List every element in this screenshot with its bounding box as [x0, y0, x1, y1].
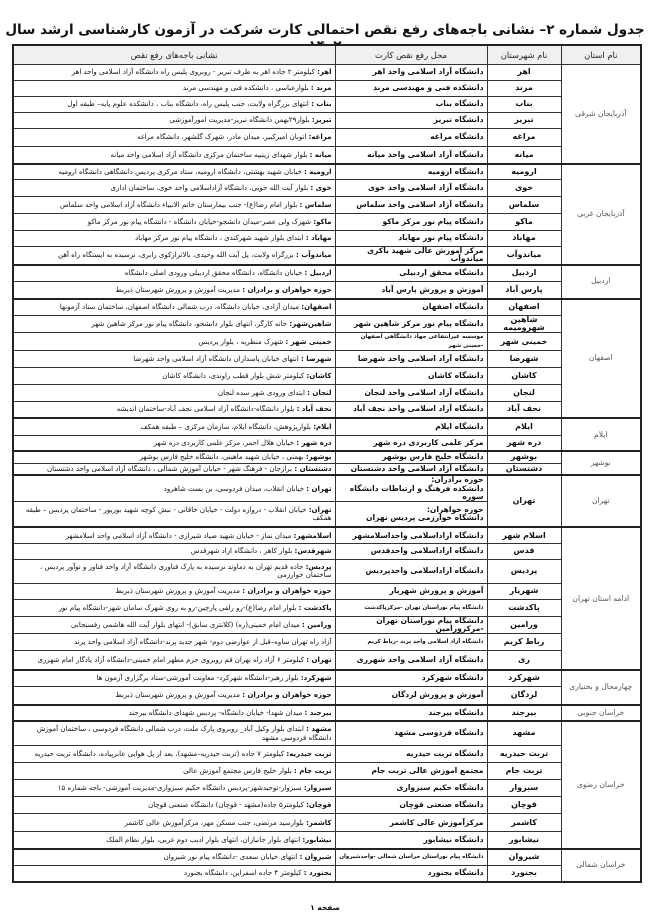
city-cell: لنجان [487, 384, 561, 401]
address-label: بناب : [311, 100, 331, 108]
address-label: کاشمر: [306, 819, 331, 827]
table-header-row: نام استان نام شهرستان محل رفع نقص کارت ن… [13, 45, 641, 65]
address-text: میدان امام خمینی(ره) (کلانتری سابق)- انت… [71, 621, 302, 629]
address-label: شهرضا : [301, 355, 332, 363]
address-cell: سبزوار: سبزوار-توحیدشهر-پردیس دانشگاه حک… [13, 780, 335, 797]
address-text: کیلومتر شش بلوار قطب راوندی، دانشگاه کاش… [162, 372, 306, 380]
place-name: دانشگاه صنعتی قوچان [339, 801, 484, 809]
table-row: ادامه استان تهراناسلام شهردانشگاه ازاداس… [13, 527, 641, 543]
address-cell: اردبیل : خیابان دانشگاه، دانشگاه محقق ار… [13, 265, 335, 282]
table-row: خمینی شهرموسسه غیرانتفاعی جهاد دانشگاهی … [13, 333, 641, 350]
place-name: مرکز آموزش عالی شهید باکری میاندوآب [339, 247, 484, 263]
place-name: دانشگاه ازاداسلامی واحدپردیس [339, 567, 484, 575]
place-name: دانشگاه حکیم سبزواری [339, 784, 484, 792]
province-cell: ادامه استان تهران [561, 527, 641, 669]
place-cell: دانشگاه ازاداسلامی واحدقدس [335, 543, 487, 559]
place-name: دانشگاه ازاداسلامی واحدقدس [339, 547, 484, 555]
place-name: دانشگاه مراغه [339, 133, 484, 141]
place-name: دانشگاه بجنورد [339, 869, 484, 877]
table-row: اصفهاناصفهاندانشگاه اصفهاناصفهان: میدان … [13, 299, 641, 316]
city-cell: کاشمر [487, 814, 561, 832]
table-row: تربت جاممجتمع اموزش عالی تربت جامتربت جا… [13, 763, 641, 780]
place-name: دانشگاه کاشان [339, 372, 484, 380]
address-label: خمینی شهر : [285, 338, 331, 346]
address-cell: سلماس : بلوار امام رضا(ع)- جنب بیمارستان… [13, 197, 335, 214]
address-cell: مشهد : ابتدای بلوار وکیل آباد_ روبروی پا… [13, 721, 335, 746]
address-label: دشتستان : [294, 465, 331, 473]
address-label: مهاباد : [306, 234, 332, 242]
address-cell: تبریز: بلوار۲۹بهمن دانشگاه تبریز-مدیریت … [13, 113, 335, 129]
place-name: آموزش و پرورش شهریار [339, 587, 484, 595]
address-text: اتوبان امیرکبیر، میدان مادر، شهرک گلشهر،… [137, 133, 309, 141]
address-cell: اهر: کیلومتر ۲ جاده اهر به طرف تبریز - ر… [13, 65, 335, 81]
address-text: انتهای خیابان پاسداران دانشگاه آزاد اسلا… [133, 355, 301, 363]
table-row: تربت حیدریهدانشگاه تربت حیدریهتربت حیدری… [13, 746, 641, 763]
table-row: ریدانشگاه آزاد اسلامی واحد شهرریتهران : … [13, 651, 641, 670]
address-text: بلوارسید مرتضی، جنب مسکن مهر، مرکزآموزش … [125, 819, 307, 827]
address-text: خیابان انقلاب، میدان فردوسی، بن بست شاهر… [164, 485, 307, 493]
city-cell: مشهد [487, 721, 561, 746]
address-cell: تربت جام : بلوار خلیج فارس مجتمع آموزش ع… [13, 763, 335, 780]
address-label: تهران: [309, 506, 332, 514]
province-cell: تهران [561, 475, 641, 527]
place-cell: دانشگاه صنعتی قوچان [335, 797, 487, 814]
place-cell: دانشگاه شهرکرد [335, 670, 487, 687]
address-label: قوچان: [306, 801, 331, 809]
address-text: مدیریت آموزش و پرورش شهرستان ذیربط [115, 286, 242, 294]
city-cell: اردبیل [487, 265, 561, 282]
place-name: دانشگاه پیام نور مرکز شاهین شهر [339, 320, 484, 328]
city-cell: بجنورد [487, 866, 561, 882]
address-label: میانه : [310, 151, 332, 159]
place-name: دانشگاه فردوسی مشهد [339, 729, 484, 737]
address-cell: شیروان : انتهای خیابان سعدی -دانشگاه پیا… [13, 849, 335, 866]
address-text: ابتدای بلوار وکیل آباد_ روبروی پارک ملت،… [37, 725, 332, 741]
place-name: دانشگاه تربت حیدریه [339, 750, 484, 758]
city-cell: پاکدشت [487, 599, 561, 616]
address-cell: حوزه خواهران و برادران : مدیریت آموزش و … [13, 282, 335, 299]
table-row: اردبیلاردبیلدانشگاه محقق اردبیلیاردبیل :… [13, 265, 641, 282]
address-cell: تهران: خیابان انقلاب - دروازه دولت - خیا… [13, 501, 335, 527]
place-name: دانشگاه پیام نوراستان تهران -مرکزورامین [339, 617, 484, 633]
address-text: خیابان انقلاب - دروازه دولت - خیابان خاق… [26, 506, 332, 522]
place-cell: دانشگاه اصفهان [335, 299, 487, 316]
table-row: تهرانتهرانحوزه برادران:دانشکده فرهنگ و ا… [13, 475, 641, 501]
address-cell: تهران : خیابان انقلاب، میدان فردوسی، بن … [13, 475, 335, 501]
place-name: دانشگاه ایلام [339, 423, 484, 431]
address-cell: دشتستان : برازجان - فرهنگ شهر - خیابان آ… [13, 463, 335, 475]
page-number: صفحه ۱ [0, 903, 650, 912]
city-cell: میاندوآب [487, 247, 561, 265]
city-cell: شهرکرد [487, 670, 561, 687]
place-cell: دانشکده فنی و مهندسی مرند [335, 81, 487, 97]
address-text: سبزوار-توحیدشهر-پردیس دانشگاه حکیم سبزوا… [58, 784, 304, 792]
address-text: بلوار رهبر-دانشگاه شهرکرد- معاونت آموزشی… [96, 674, 300, 682]
place-cell: آموزش و پرورش لردگان [335, 687, 487, 705]
address-text: میدان شهدا- خیابان دانشگاه- پردیس شهدای … [129, 709, 305, 717]
address-cell: اصفهان: میدان آزادی، خیابان دانشگاه، درب… [13, 299, 335, 316]
place-name: دانشگاه پیام نور مهاباد [339, 234, 484, 242]
city-cell: بیرجند [487, 705, 561, 721]
place-cell: آموزش و پرورش پارس آباد [335, 282, 487, 299]
place-name: دانشگاه آزاد اسلامی واحد پرند -رباط کریم [339, 638, 484, 646]
address-text: انتهای بزرگراه ولایت، جنب پلیس راه، دانش… [67, 100, 311, 108]
address-cell: دره شهر : خیابان هلال احمر، مرکز علمی کا… [13, 435, 335, 451]
city-cell: مهاباد [487, 231, 561, 247]
address-cell: حوزه خواهران و برادران : مدیریت آموزش و … [13, 687, 335, 705]
address-label: بیرجند : [304, 709, 331, 717]
table-row: ایلامایلامدانشگاه ایلامایلام: بلوارپژوهش… [13, 418, 641, 435]
province-cell: ایلام [561, 418, 641, 451]
place-cell: دانشگاه مراغه [335, 129, 487, 147]
address-cell: تهران : کیلومتر ۶ آزاد راه تهران قم روبر… [13, 651, 335, 670]
address-text: کیلومتر ۶ آزاد راه تهران قم روبروی حرم م… [38, 656, 307, 664]
address-label: ماکو: [313, 218, 331, 226]
place-name: دانشگاه محقق اردبیلی [339, 269, 484, 277]
address-cell: ورامین : میدان امام خمینی(ره) (کلانتری س… [13, 616, 335, 633]
address-label: بوشهر: [306, 453, 332, 461]
table-row: نیشابوردانشگاه نیشابورنیشابور: انتهای بل… [13, 832, 641, 849]
place-cell: دانشگاه بجنورد [335, 866, 487, 882]
address-cell: شهرقدس: بلوار کاهر ، دانشگاه ازاد شهرقدس [13, 543, 335, 559]
address-label: تربت جام : [294, 767, 332, 775]
address-label: ورامین : [302, 621, 332, 629]
place-cell: دانشگاه ازاداسلامی واحداسلامشهر [335, 527, 487, 543]
place-name: دانشگاه آزاد اسلامی واحد خوی [339, 184, 484, 192]
address-label: نجف آباد : [297, 405, 332, 413]
address-cell: کاشمر: بلوارسید مرتضی، جنب مسکن مهر، مرک… [13, 814, 335, 832]
city-cell: اصفهان [487, 299, 561, 316]
place-cell: دانشگاه نیشابور [335, 832, 487, 849]
province-cell: چهارمحال و بختیاری [561, 670, 641, 705]
address-label: شهرقدس: [295, 547, 332, 555]
city-cell: دره شهر [487, 435, 561, 451]
place-name: دانشگاه پیام نوراستان تهران -مرکزپاکدشت [339, 604, 484, 612]
city-cell: ری [487, 651, 561, 670]
address-text: آزاد راه تهران ساوه–قبل از عوارضی دوم- ش… [74, 638, 332, 646]
address-text: بلوار کاهر ، دانشگاه ازاد شهرقدس [191, 547, 295, 555]
address-cell: ایلام: بلوارپژوهش، دانشگاه ایلام، سازمان… [13, 418, 335, 435]
place-name: دانشگاه نیشابور [339, 836, 484, 844]
address-cell: بیرجند : میدان شهدا- خیابان دانشگاه- پرد… [13, 705, 335, 721]
place-name: دانشگاه آزاد اسلامی واحد میانه [339, 151, 484, 159]
address-text: بلوار آیت الله خویی، دانشگاه آزاداسلامی … [111, 184, 311, 192]
table-row: تبریزدانشگاه تبریزتبریز: بلوار۲۹بهمن دان… [13, 113, 641, 129]
address-label: سبزوار: [304, 784, 332, 792]
table-row: لنجاندانشگاه آزاد اسلامی واحد لنجانلنجان… [13, 384, 641, 401]
place-cell: دانشگاه آزاد اسلامی واحد لنجان [335, 384, 487, 401]
address-text: بزرگراه ولایت، پل آیت الله وحیدی، بالاتر… [58, 251, 296, 259]
address-text: بلوارپژوهش، دانشگاه ایلام، سازمان مرکزی … [141, 423, 314, 431]
address-cell: ارومیه : خیابان شهید بهشتی، دانشگاه اروم… [13, 164, 335, 180]
table-row: قوچاندانشگاه صنعتی قوچانقوچان: کیلومتر۵ … [13, 797, 641, 814]
address-label: شاهین‌شهر: [289, 320, 331, 328]
city-cell: بوشهر [487, 451, 561, 463]
address-cell: کاشان: کیلومتر شش بلوار قطب راوندی، دانش… [13, 367, 335, 384]
place-cell: دانشگاه محقق اردبیلی [335, 265, 487, 282]
province-cell: آذربایجان شرقی [561, 65, 641, 164]
place-name: دانشگاه آزاد اسلامی واحد اهر [339, 68, 484, 76]
address-label: مشهد : [306, 725, 331, 733]
address-label: ایلام: [313, 423, 331, 431]
table-row: مراغهدانشگاه مراغهمراغه: اتوبان امیرکبیر… [13, 129, 641, 147]
address-label: شیروان : [299, 853, 331, 861]
place-cell: دانشگاه پیام نور مهاباد [335, 231, 487, 247]
place-name: آموزش و پرورش لردگان [339, 691, 484, 699]
place-cell: دانشگاه بیرجند [335, 705, 487, 721]
city-cell: تهران [487, 475, 561, 527]
place-cell: دانشگاه ارومیه [335, 164, 487, 180]
place-cell: مجتمع اموزش عالی تربت جام [335, 763, 487, 780]
address-label: نیشابور: [302, 836, 331, 844]
table-row: شاهین شهرومیمهدانشگاه پیام نور مرکز شاهی… [13, 316, 641, 333]
city-cell: سبزوار [487, 780, 561, 797]
place-name: مرکز علمی کاربردی دره شهر [339, 439, 484, 447]
address-cell: بجنورد : کیلومتر ۴ جاده اسفراین، دانشگاه… [13, 866, 335, 882]
address-cell: تربت حیدریه: کیلومتر ۷ جاده (تربت حیدریه… [13, 746, 335, 763]
table-row: نجف آباددانشگاه آزاد اسلامی واحد نجف آبا… [13, 401, 641, 418]
city-cell: تربت جام [487, 763, 561, 780]
place-name: دانشکده فنی و مهندسی مرند [339, 84, 484, 92]
city-cell: تربت حیدریه [487, 746, 561, 763]
place-name: دانشگاه آزاد اسلامی واحد شهرضا [339, 355, 484, 363]
place-cell: دانشگاه تبریز [335, 113, 487, 129]
address-text: خیابان شهید بهشتی، دانشگاه ارومیه، ستاد … [58, 168, 304, 176]
place-cell: دانشگاه تربت حیدریه [335, 746, 487, 763]
address-cell: مهاباد : ابتدای بلوار شهید شهرکندی ، دان… [13, 231, 335, 247]
address-label: لنجان : [307, 389, 331, 397]
address-cell: مراغه: اتوبان امیرکبیر، میدان مادر، شهرک… [13, 129, 335, 147]
address-label: بجنورد : [304, 869, 332, 877]
table-row: لردگانآموزش و پرورش لردگانحوزه خواهران و… [13, 687, 641, 705]
table-row: بنابدانشگاه بناببناب : انتهای بزرگراه ول… [13, 97, 641, 113]
address-text: انتهای بلوار جانبازان، انتهای بلوار ادیب… [106, 836, 302, 844]
place-name: دانشگاه آزاد اسلامی واحد شهرری [339, 656, 484, 664]
table-row: سلماسدانشگاه آزاد اسلامی واحد سلماسسلماس… [13, 197, 641, 214]
place-cell: دانشگاه پیام نوراستان تهران -مرکزپاکدشت [335, 599, 487, 616]
address-text: میدان آزادی، خیابان دانشگاه، درب شمالی د… [60, 303, 301, 311]
table-row: خراسان رضویمشهددانشگاه فردوسی مشهدمشهد :… [13, 721, 641, 746]
city-cell: ایلام [487, 418, 561, 435]
address-label: حوزه خواهران و برادران : [242, 691, 331, 699]
address-text: میدان نماز - خیابان شهید صیاد شیرازی - د… [66, 532, 294, 540]
address-text: کیلومتر ۷ جاده (تربت حیدریه–مشهد)، بعد ا… [35, 750, 287, 758]
table-row: آذربایجان شرقیاهردانشگاه آزاد اسلامی واح… [13, 65, 641, 81]
address-cell: ماکو: شهرک ولی عصر-میدان دانشجو-خیابان د… [13, 214, 335, 231]
address-text: ابتدای بلوار شهید شهرکندی ، دانشگاه پیام… [135, 234, 306, 242]
place-cell: دانشگاه کاشان [335, 367, 487, 384]
table-row: بوشهربوشهردانشگاه خلیج فارس بوشهربوشهر: … [13, 451, 641, 463]
table-row: خراسان شمالیشیرواندانشگاه پیام نوراستان … [13, 849, 641, 866]
place-cell: دانشگاه آزاد اسلامی واحد نجف آباد [335, 401, 487, 418]
place-name: دانشگاه اصفهان [339, 303, 484, 311]
address-text: جاده قدیم تهران به دماوند نرسیده به پارک… [40, 563, 332, 579]
place-cell: آموزش و پرورش شهریار [335, 583, 487, 599]
city-cell: خمینی شهر [487, 333, 561, 350]
address-text: بلوار امام رضا(ع)-رو رلفی پارچین-رو به ر… [59, 604, 299, 612]
header-place: محل رفع نقص کارت [335, 45, 487, 65]
place-cell: دانشگاه آزاد اسلامی واحد شهرری [335, 651, 487, 670]
table-row: شهرضادانشگاه آزاد اسلامی واحد شهرضاشهرضا… [13, 350, 641, 367]
table-row: خویدانشگاه آزاد اسلامی واحد خویخوی : بلو… [13, 180, 641, 197]
address-text: خیابان دانشگاه، دانشگاه محقق اردبیلی ورو… [125, 269, 305, 277]
city-cell: مرند [487, 81, 561, 97]
city-cell: سلماس [487, 197, 561, 214]
province-cell: اصفهان [561, 299, 641, 419]
address-label: تهران : [306, 656, 331, 664]
place-name: دانشگاه آزاد اسلامی واحد دشتستان [339, 465, 484, 473]
address-label: خوی : [310, 184, 331, 192]
city-cell: شهرضا [487, 350, 561, 367]
address-text: برازجان - فرهنگ شهر - خیابان آموزش شمالی… [47, 465, 294, 473]
address-label: پاکدشت : [299, 604, 332, 612]
address-cell: آزاد راه تهران ساوه–قبل از عوارضی دوم- ش… [13, 634, 335, 651]
address-text: انتهای خیابان سعدی -دانشگاه پیام نور شیر… [164, 853, 300, 861]
address-label: دره شهر : [296, 439, 331, 447]
place-name: دانشگاه شهرکرد [339, 674, 484, 682]
city-cell: اهر [487, 65, 561, 81]
table-row: مرنددانشکده فنی و مهندسی مرندمرند : بلوا… [13, 81, 641, 97]
address-text: کیلومتر ۴ جاده اسفراین، دانشگاه بجنورد [184, 869, 304, 877]
city-cell: شاهین شهرومیمه [487, 316, 561, 333]
table-row: دره شهرمرکز علمی کاربردی دره شهردره شهر … [13, 435, 641, 451]
place-cell: حوزه خواهران:دانشگاه خوارزمی پردیس تهران [335, 501, 487, 527]
address-cell: بوشهر: بهمنی ، خیابان شهید ماهینی، دانشگ… [13, 451, 335, 463]
place-name: مجتمع اموزش عالی تربت جام [339, 767, 484, 775]
place-name: مرکزآموزش عالی کاشمر [339, 819, 484, 827]
table-row: ماکودانشگاه پیام نور مرکز ماکوماکو: شهرک… [13, 214, 641, 231]
place-cell: دانشگاه پیام نور مرکز ماکو [335, 214, 487, 231]
place-cell: دانشگاه حکیم سبزواری [335, 780, 487, 797]
address-text: بلوار۲۹بهمن دانشگاه تبریز-مدیریت امورآمو… [169, 116, 312, 124]
table-row: کاشمرمرکزآموزش عالی کاشمرکاشمر: بلوارسید… [13, 814, 641, 832]
place-name: دانشگاه خوارزمی پردیس تهران [339, 514, 484, 522]
address-cell: خمینی شهر : شهرک منظریه ، بلوار پردیس [13, 333, 335, 350]
address-cell: مرند : بلوارعباسی ، دانشکده فنی و مهندسی… [13, 81, 335, 97]
address-label: مرند : [311, 84, 332, 92]
city-cell: مراغه [487, 129, 561, 147]
address-label: اهر: [317, 68, 331, 76]
city-cell: رباط کریم [487, 634, 561, 651]
address-text: بلوار امام رضا(ع)- جنب بیمارستان خاتم ال… [60, 201, 300, 209]
province-cell: خراسان رضوی [561, 721, 641, 849]
address-text: کیلومتر۵ جاده(مشهد - قوچان) دانشگاه صنعت… [148, 801, 306, 809]
place-cell: دانشگاه ایلام [335, 418, 487, 435]
city-cell: قدس [487, 543, 561, 559]
city-cell: اسلام شهر [487, 527, 561, 543]
place-cell: دانشگاه پیام نور مرکز شاهین شهر [335, 316, 487, 333]
place-cell: دانشگاه آزاد اسلامی واحد دشتستان [335, 463, 487, 475]
city-cell: شیروان [487, 849, 561, 866]
address-label: اردبیل : [305, 269, 332, 277]
address-label: سلماس : [300, 201, 332, 209]
address-label: ارومیه : [304, 168, 331, 176]
table-row: چهارمحال و بختیاریشهرکرددانشگاه شهرکردشه… [13, 670, 641, 687]
province-cell: اردبیل [561, 265, 641, 299]
address-label: میاندوآب : [296, 251, 332, 259]
province-cell: آذربایجان غربی [561, 164, 641, 265]
place-name: دانشکده فرهنگ و ارتباطات دانشگاه سوره [339, 485, 484, 501]
place-name: دانشگاه تبریز [339, 116, 484, 124]
place-cell: دانشگاه آزاد اسلامی واحد سلماس [335, 197, 487, 214]
place-name: دانشگاه خلیج فارس بوشهر [339, 453, 484, 461]
header-province: نام استان [561, 45, 641, 65]
kiosk-address-table: نام استان نام شهرستان محل رفع نقص کارت ن… [12, 44, 642, 883]
address-text: ابتدای ورودی شهر سده لنجان [218, 389, 307, 397]
city-cell: نجف آباد [487, 401, 561, 418]
city-cell: قوچان [487, 797, 561, 814]
province-cell: خراسان جنوبی [561, 705, 641, 721]
city-cell: لردگان [487, 687, 561, 705]
header-address: نشانی باجه‌های رفع نقص [13, 45, 335, 65]
table-row: مهاباددانشگاه پیام نور مهابادمهاباد : اب… [13, 231, 641, 247]
place-cell: دانشگاه ازاداسلامی واحدپردیس [335, 559, 487, 583]
address-cell: شهرضا : انتهای خیابان پاسداران دانشگاه آ… [13, 350, 335, 367]
table-row: کاشاندانشگاه کاشانکاشان: کیلومتر شش بلوا… [13, 367, 641, 384]
city-cell: پارس آباد [487, 282, 561, 299]
table-row: شهریارآموزش و پرورش شهریارحوزه خواهران و… [13, 583, 641, 599]
city-cell: نیشابور [487, 832, 561, 849]
table-row: پارس آبادآموزش و پرورش پارس آبادحوزه خوا… [13, 282, 641, 299]
place-cell: دانشگاه خلیج فارس بوشهر [335, 451, 487, 463]
address-cell: بناب : انتهای بزرگراه ولایت، جنب پلیس را… [13, 97, 335, 113]
table-row: میانهدانشگاه آزاد اسلامی واحد میانهمیانه… [13, 147, 641, 164]
table-row: رباط کریمدانشگاه آزاد اسلامی واحد پرند -… [13, 634, 641, 651]
address-label: تربت حیدریه: [286, 750, 331, 758]
table-row: پردیسدانشگاه ازاداسلامی واحدپردیسپردیس: … [13, 559, 641, 583]
place-name: دانشگاه پیام نور مرکز ماکو [339, 218, 484, 226]
address-cell: میانه : بلوار شهدای زینبیه ساختمان مرکزی… [13, 147, 335, 164]
city-cell: تبریز [487, 113, 561, 129]
address-cell: نیشابور: انتهای بلوار جانبازان، انتهای ب… [13, 832, 335, 849]
place-name: دانشگاه آزاد اسلامی واحد لنجان [339, 389, 484, 397]
address-label: شهرکرد: [301, 674, 332, 682]
place-cell: مرکز آموزش عالی شهید باکری میاندوآب [335, 247, 487, 265]
address-text: شهرک منظریه ، بلوار پردیس [199, 338, 286, 346]
address-cell: میاندوآب : بزرگراه ولایت، پل آیت الله وح… [13, 247, 335, 265]
address-cell: شاهین‌شهر: خانه کارگر، انتهای بلوار دانش… [13, 316, 335, 333]
table-row: پاکدشتدانشگاه پیام نوراستان تهران -مرکزپ… [13, 599, 641, 616]
address-cell: حوزه خواهران و برادران : مدیریت آموزش و … [13, 583, 335, 599]
table-row: دشتستاندانشگاه آزاد اسلامی واحد دشتستاند… [13, 463, 641, 475]
address-text: مدیریت آموزش و پرورش شهرستان ذیربط [115, 691, 242, 699]
place-name: موسسه غیرانتفاعی جهاد دانشگاهی اصفهان -خ… [339, 333, 484, 349]
address-label: پردیس: [306, 563, 332, 571]
address-cell: پردیس: جاده قدیم تهران به دماوند نرسیده … [13, 559, 335, 583]
city-cell: پردیس [487, 559, 561, 583]
place-cell: دانشگاه آزاد اسلامی واحد اهر [335, 65, 487, 81]
address-label: اسلامشهر: [294, 532, 332, 540]
address-label: تبریز: [312, 116, 332, 124]
address-label: حوزه خواهران و برادران : [242, 286, 331, 294]
address-label: حوزه خواهران و برادران : [242, 587, 331, 595]
city-cell: کاشان [487, 367, 561, 384]
place-cell: دانشگاه فردوسی مشهد [335, 721, 487, 746]
city-cell: بناب [487, 97, 561, 113]
address-text: خانه کارگر، انتهای بلوار دانشجو، دانشگاه… [91, 320, 289, 328]
place-name: دانشگاه بناب [339, 100, 484, 108]
place-name: دانشگاه پیام نوراستان خراسان شمالی -واحد… [339, 853, 484, 861]
table-row: میاندوآبمرکز آموزش عالی شهید باکری میاند… [13, 247, 641, 265]
city-cell: ماکو [487, 214, 561, 231]
place-cell: دانشگاه آزاد اسلامی واحد خوی [335, 180, 487, 197]
address-cell: لنجان : ابتدای ورودی شهر سده لنجان [13, 384, 335, 401]
table-row: قدسدانشگاه ازاداسلامی واحدقدسشهرقدس: بلو… [13, 543, 641, 559]
place-cell: مرکزآموزش عالی کاشمر [335, 814, 487, 832]
header-city: نام شهرستان [487, 45, 561, 65]
address-label: کاشان: [307, 372, 332, 380]
table-row: بجنورددانشگاه بجنوردبجنورد : کیلومتر ۴ ج… [13, 866, 641, 882]
